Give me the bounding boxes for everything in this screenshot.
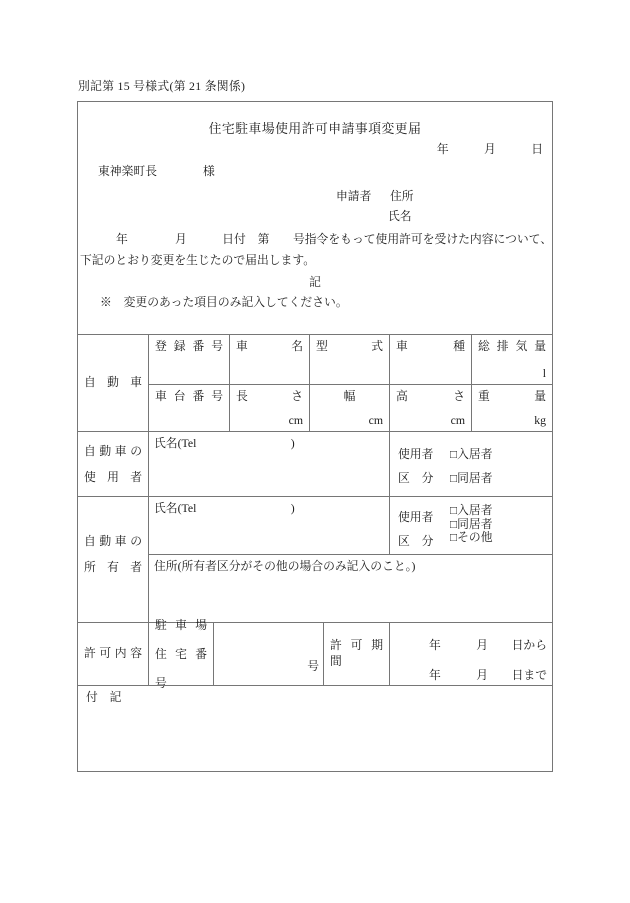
cell-owner-category: 使用者 区 分 □入居者 □同居者 □その他 [389,496,552,554]
checkbox-option-cohabitant[interactable]: □同居者 [450,466,493,490]
row-label-vehicle-user: 自動車の 使 用 者 [78,431,148,496]
form-number-note: 別記第 15 号様式(第 21 条関係) [78,79,245,95]
document-page: 別記第 15 号様式(第 21 条関係) 住宅駐車場使用許可申請事項変更届 年 … [0,0,630,903]
cell-appendix: 付 記 [78,685,552,771]
appendix-label: 付 記 [78,686,552,710]
user-category-label: 区 分 [398,466,438,490]
addressee-honorific: 様 [203,164,215,180]
cell-housing-number-value: 号 [213,622,323,685]
body-text-line1: 年 月 日付 第 号指令をもって使用許可を受けた内容について、 [116,232,552,248]
cell-width: 幅 cm [309,384,389,431]
cell-parking-housing-number-label: 駐 車 場 住 宅 番 号 [148,622,213,685]
user-category-label: 使用者 [398,442,438,466]
unit-cm: cm [289,413,303,429]
unit-number-suffix: 号 [307,659,319,675]
cell-owner-name-tel: 氏名(Tel ) [148,496,389,554]
checkbox-option-other[interactable]: □その他 [450,531,493,545]
checkbox-option-resident[interactable]: □入居者 [450,442,493,466]
form-outer-box: 住宅駐車場使用許可申請事項変更届 年 月 日 東神楽町長 様 申請者 住所 氏名… [77,101,553,772]
applicant-name-label: 氏名 [388,209,412,225]
checkbox-option-resident[interactable]: □入居者 [450,504,493,518]
unit-cm: cm [451,413,465,429]
cell-length: 長さ cm [229,384,309,431]
unit-kg: kg [534,413,546,429]
cell-permit-period-dates: 年 月 日から 年 月 日まで [389,622,552,685]
cell-displacement: 総 排 気 量 l [471,334,552,384]
unit-cm: cm [369,413,383,429]
period-from-line: 年 月 日から [429,630,547,660]
cell-model: 型式 [309,334,389,384]
addressee-name: 東神楽町長 [98,164,157,180]
form-title: 住宅駐車場使用許可申請事項変更届 [78,121,552,138]
row-label-vehicle-owner: 自動車の 所 有 者 [78,496,148,622]
body-text-line2: 下記のとおり変更を生じたので届出します。 [80,253,315,269]
cell-chassis-number: 車 台 番 号 [148,384,229,431]
cell-weight: 重量 kg [471,384,552,431]
applicant-address-label: 住所 [390,189,414,205]
checkbox-option-cohabitant[interactable]: □同居者 [450,518,493,532]
owner-category-label: 使用者 [398,505,438,529]
cell-permit-period-label: 許 可 期 間 [323,622,389,685]
owner-category-label: 区 分 [398,529,438,553]
cell-height: 高さ cm [389,384,471,431]
unit-liter: l [543,366,546,382]
form-table: 自 動 車 登 録 番 号 車名 型式 車種 総 排 気 量 l 車 台 番 号 [78,334,552,771]
cell-car-type: 車種 [389,334,471,384]
cell-user-name-tel: 氏名(Tel ) [148,431,389,496]
row-label-vehicle: 自 動 車 [78,334,148,431]
row-label-permit-contents: 許 可 内 容 [78,622,148,685]
cell-car-name: 車名 [229,334,309,384]
cell-user-category: 使用者 区 分 □入居者 □同居者 [389,431,552,496]
cell-registration-number: 登 録 番 号 [148,334,229,384]
applicant-label: 申請者 [336,189,371,205]
ki-heading: 記 [78,275,552,291]
asterisk-note: ※ 変更のあった項目のみ記入してください。 [100,295,348,311]
date-blank-line: 年 月 日 [78,142,552,158]
